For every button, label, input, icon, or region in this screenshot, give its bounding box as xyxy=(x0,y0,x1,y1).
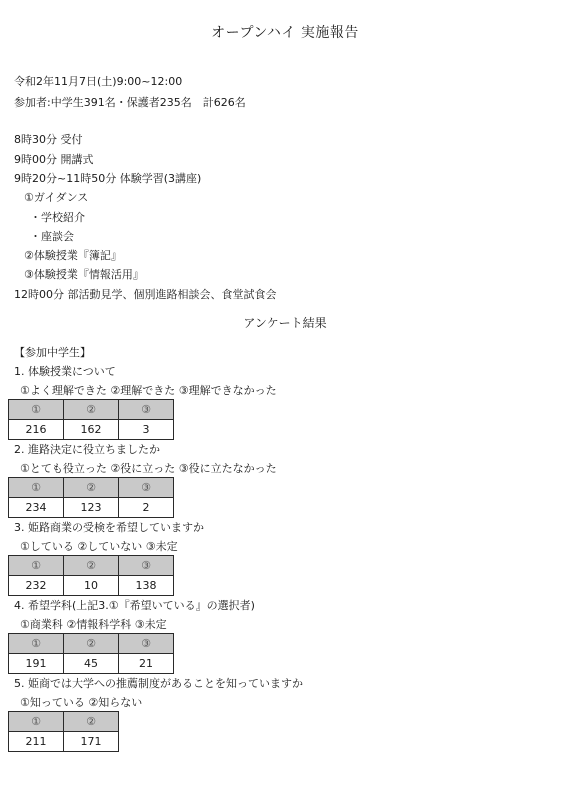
table-header-cell: ① xyxy=(9,712,64,732)
table-header-cell: ③ xyxy=(119,478,174,498)
schedule-item: ・学校紹介 xyxy=(30,211,85,225)
table-header-row: ① ② ③ xyxy=(9,478,174,498)
table-row: 216 162 3 xyxy=(9,420,174,440)
table-cell: 211 xyxy=(9,732,64,752)
table-header-cell: ② xyxy=(64,556,119,576)
table-cell: 171 xyxy=(64,732,119,752)
question-options: ①とても役立った ②役に立った ③役に立たなかった xyxy=(20,462,277,476)
group-label: 【参加中学生】 xyxy=(14,346,91,360)
results-table: ① ② ③ 216 162 3 xyxy=(8,399,174,440)
table-cell: 216 xyxy=(9,420,64,440)
table-header-cell: ② xyxy=(64,400,119,420)
question-text: 4. 希望学科(上記3.①『希望いている』の選択者) xyxy=(14,599,255,613)
table-row: 234 123 2 xyxy=(9,498,174,518)
schedule-item: ①ガイダンス xyxy=(24,191,88,205)
table-cell: 10 xyxy=(64,576,119,596)
table-header-row: ① ② ③ xyxy=(9,400,174,420)
table-cell: 21 xyxy=(119,654,174,674)
question-text: 3. 姫路商業の受検を希望していますか xyxy=(14,521,204,535)
table-cell: 232 xyxy=(9,576,64,596)
table-header-cell: ① xyxy=(9,634,64,654)
event-date: 令和2年11月7日(土)9:00~12:00 xyxy=(14,75,182,89)
table-header-cell: ② xyxy=(64,634,119,654)
table-header-row: ① ② ③ xyxy=(9,634,174,654)
schedule-item: 9時00分 開講式 xyxy=(14,153,94,167)
results-table: ① ② 211 171 xyxy=(8,711,119,752)
table-row: 191 45 21 xyxy=(9,654,174,674)
table-header-cell: ② xyxy=(64,478,119,498)
table-cell: 191 xyxy=(9,654,64,674)
schedule-item: 8時30分 受付 xyxy=(14,133,83,147)
question-options: ①している ②していない ③未定 xyxy=(20,540,178,554)
schedule-item: 9時20分~11時50分 体験学習(3講座) xyxy=(14,172,201,186)
question-text: 1. 体験授業について xyxy=(14,365,116,379)
results-table: ① ② ③ 232 10 138 xyxy=(8,555,174,596)
table-cell: 3 xyxy=(119,420,174,440)
table-header-cell: ③ xyxy=(119,634,174,654)
table-header-row: ① ② ③ xyxy=(9,556,174,576)
question-text: 2. 進路決定に役立ちましたか xyxy=(14,443,160,457)
question-options: ①知っている ②知らない xyxy=(20,696,142,710)
survey-heading: アンケート結果 xyxy=(0,316,570,330)
question-text: 5. 姫商では大学への推薦制度があることを知っていますか xyxy=(14,677,303,691)
participants-count: 参加者:中学生391名・保護者235名 計626名 xyxy=(14,96,246,110)
results-table: ① ② ③ 191 45 21 xyxy=(8,633,174,674)
schedule-item: ③体験授業『情報活用』 xyxy=(24,268,144,282)
table-header-cell: ① xyxy=(9,556,64,576)
table-header-cell: ③ xyxy=(119,556,174,576)
table-cell: 45 xyxy=(64,654,119,674)
table-cell: 138 xyxy=(119,576,174,596)
table-header-cell: ② xyxy=(64,712,119,732)
table-cell: 234 xyxy=(9,498,64,518)
table-row: 232 10 138 xyxy=(9,576,174,596)
table-cell: 2 xyxy=(119,498,174,518)
question-options: ①商業科 ②情報科学科 ③未定 xyxy=(20,618,167,632)
schedule-item: 12時00分 部活動見学、個別進路相談会、食堂試食会 xyxy=(14,288,277,302)
table-row: 211 171 xyxy=(9,732,119,752)
page-title: オープンハイ 実施報告 xyxy=(0,22,570,42)
table-header-cell: ③ xyxy=(119,400,174,420)
table-header-cell: ① xyxy=(9,400,64,420)
question-options: ①よく理解できた ②理解できた ③理解できなかった xyxy=(20,384,277,398)
schedule-item: ②体験授業『簿記』 xyxy=(24,249,122,263)
table-cell: 162 xyxy=(64,420,119,440)
table-cell: 123 xyxy=(64,498,119,518)
table-header-cell: ① xyxy=(9,478,64,498)
schedule-item: ・座談会 xyxy=(30,230,74,244)
results-table: ① ② ③ 234 123 2 xyxy=(8,477,174,518)
table-header-row: ① ② xyxy=(9,712,119,732)
